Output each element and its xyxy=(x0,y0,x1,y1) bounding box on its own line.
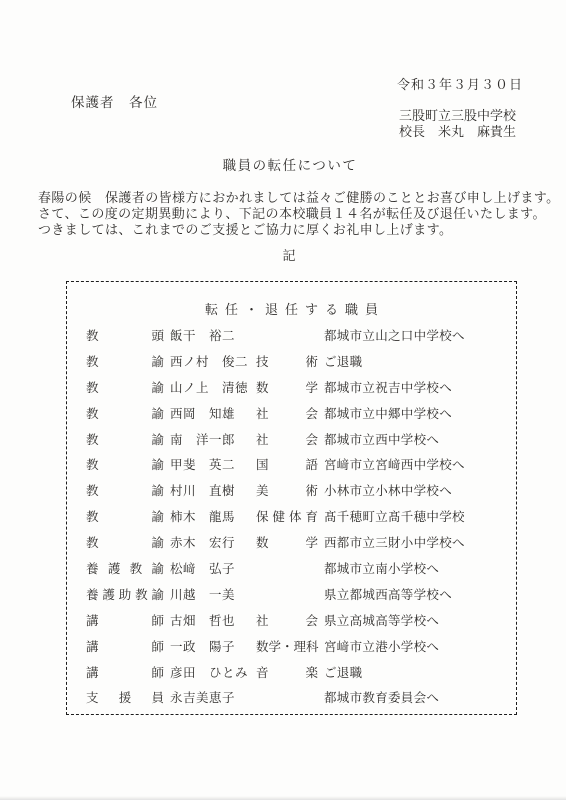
document-title: 職員の転任について xyxy=(0,154,566,174)
table-row: 教諭赤木 宏行数学西都市立三財小中学校へ xyxy=(86,529,508,555)
table-row: 講師一政 陽子数学・理科宮﨑市立港小学校へ xyxy=(86,633,508,659)
greeting-line-3: つきましては、これまでのご支援とご協力に厚くお礼申し上げます。 xyxy=(38,222,544,238)
table-row: 養護助教諭川越 一美県立都城西高等学校へ xyxy=(86,581,508,607)
staff-name: 彦田 ひとみ xyxy=(170,663,250,681)
staff-role: 講師 xyxy=(86,611,164,629)
staff-destination: 都城市立山之口中学校へ xyxy=(324,326,508,344)
staff-subject: 数学 xyxy=(256,378,318,396)
greeting-line-1: 春陽の候 保護者の皆様方におかれましては益々ご健勝のこととお喜び申し上げます。 xyxy=(38,190,544,206)
staff-role: 教諭 xyxy=(86,481,164,499)
staff-name: 飯干 裕二 xyxy=(170,326,250,344)
staff-name: 永吉美恵子 xyxy=(170,688,250,706)
staff-role: 支援員 xyxy=(86,688,164,706)
staff-list-heading: 転任・退任する職員 xyxy=(67,299,516,318)
staff-destination: ご退職 xyxy=(324,663,508,681)
staff-role: 講師 xyxy=(86,637,164,655)
table-row: 教諭山ノ上 清徳数学都城市立祝吉中学校へ xyxy=(86,374,508,400)
staff-list-box: 転任・退任する職員 教頭飯干 裕二都城市立山之口中学校へ教諭西ノ村 俊二技術ご退… xyxy=(66,281,517,715)
table-row: 教諭柿木 龍馬保健体育髙千穂町立髙千穂中学校 xyxy=(86,503,508,529)
staff-subject: 国語 xyxy=(256,455,318,473)
staff-subject: 数学 xyxy=(256,533,318,551)
staff-role: 教諭 xyxy=(86,352,164,370)
staff-destination: 都城市教育委員会へ xyxy=(324,688,508,706)
staff-name: 西岡 知雄 xyxy=(170,404,250,422)
staff-destination: 都城市立西中学校へ xyxy=(324,430,508,448)
document-date: 令和３年３月３０日 xyxy=(397,74,523,93)
staff-subject: 数学・理科 xyxy=(256,637,318,655)
staff-role: 教諭 xyxy=(86,378,164,396)
staff-name: 甲斐 英二 xyxy=(170,455,250,473)
staff-role: 教諭 xyxy=(86,533,164,551)
staff-role: 教諭 xyxy=(86,430,164,448)
staff-destination: 都城市立祝吉中学校へ xyxy=(324,378,508,396)
ki-marker: 記 xyxy=(0,245,566,264)
staff-destination: 小林市立小林中学校へ xyxy=(324,481,508,499)
staff-name: 柿木 龍馬 xyxy=(170,507,250,525)
staff-role: 教諭 xyxy=(86,507,164,525)
staff-subject: 社会 xyxy=(256,404,318,422)
staff-role: 養護教諭 xyxy=(86,559,164,577)
scanned-letter-page: 令和３年３月３０日 保護者 各位 三股町立三股中学校 校長 米丸 麻貴生 職員の… xyxy=(0,0,566,800)
table-row: 講師古畑 哲也社会県立高城高等学校へ xyxy=(86,607,508,633)
staff-destination: 県立都城西高等学校へ xyxy=(324,585,508,603)
sender-principal-line: 校長 米丸 麻貴生 xyxy=(399,121,516,140)
staff-role: 教諭 xyxy=(86,404,164,422)
staff-name: 南 洋一郎 xyxy=(170,430,250,448)
staff-destination: ご退職 xyxy=(324,352,508,370)
staff-destination: 宮﨑市立宮﨑西中学校へ xyxy=(324,455,508,473)
staff-destination: 都城市立南小学校へ xyxy=(324,559,508,577)
staff-name: 一政 陽子 xyxy=(170,637,250,655)
staff-name: 山ノ上 清徳 xyxy=(170,378,250,396)
staff-name: 赤木 宏行 xyxy=(170,533,250,551)
staff-name: 川越 一美 xyxy=(170,585,250,603)
staff-destination: 宮﨑市立港小学校へ xyxy=(324,637,508,655)
staff-subject: 社会 xyxy=(256,611,318,629)
staff-subject: 美術 xyxy=(256,481,318,499)
staff-role: 講師 xyxy=(86,663,164,681)
greeting-line-2: さて、この度の定期異動により、下記の本校職員１４名が転任及び退任いたします。 xyxy=(38,206,544,222)
staff-destination: 県立高城高等学校へ xyxy=(324,611,508,629)
recipient-line: 保護者 各位 xyxy=(71,91,158,111)
staff-role: 教諭 xyxy=(86,455,164,473)
table-row: 教諭甲斐 英二国語宮﨑市立宮﨑西中学校へ xyxy=(86,451,508,477)
staff-role: 教頭 xyxy=(86,326,164,344)
table-row: 教諭村川 直樹美術小林市立小林中学校へ xyxy=(86,477,508,503)
staff-subject: 技術 xyxy=(256,352,318,370)
staff-name: 古畑 哲也 xyxy=(170,611,250,629)
table-row: 教諭西岡 知雄社会都城市立中郷中学校へ xyxy=(86,400,508,426)
table-row: 支援員永吉美恵子都城市教育委員会へ xyxy=(86,684,508,710)
staff-role: 養護助教諭 xyxy=(86,585,164,603)
staff-destination: 西都市立三財小中学校へ xyxy=(324,533,508,551)
staff-subject: 社会 xyxy=(256,430,318,448)
staff-name: 村川 直樹 xyxy=(170,481,250,499)
table-row: 教諭西ノ村 俊二技術ご退職 xyxy=(86,348,508,374)
staff-table-rows: 教頭飯干 裕二都城市立山之口中学校へ教諭西ノ村 俊二技術ご退職教諭山ノ上 清徳数… xyxy=(67,322,516,710)
table-row: 養護教諭松﨑 弘子都城市立南小学校へ xyxy=(86,555,508,581)
staff-destination: 髙千穂町立髙千穂中学校 xyxy=(324,507,508,525)
staff-subject: 音楽 xyxy=(256,663,318,681)
staff-destination: 都城市立中郷中学校へ xyxy=(324,404,508,422)
table-row: 講師彦田 ひとみ音楽ご退職 xyxy=(86,659,508,685)
staff-name: 西ノ村 俊二 xyxy=(170,352,250,370)
greeting-paragraph: 春陽の候 保護者の皆様方におかれましては益々ご健勝のこととお喜び申し上げます。 … xyxy=(38,190,544,239)
table-row: 教頭飯干 裕二都城市立山之口中学校へ xyxy=(86,322,508,348)
staff-name: 松﨑 弘子 xyxy=(170,559,250,577)
staff-subject: 保健体育 xyxy=(256,507,318,525)
table-row: 教諭南 洋一郎社会都城市立西中学校へ xyxy=(86,426,508,452)
